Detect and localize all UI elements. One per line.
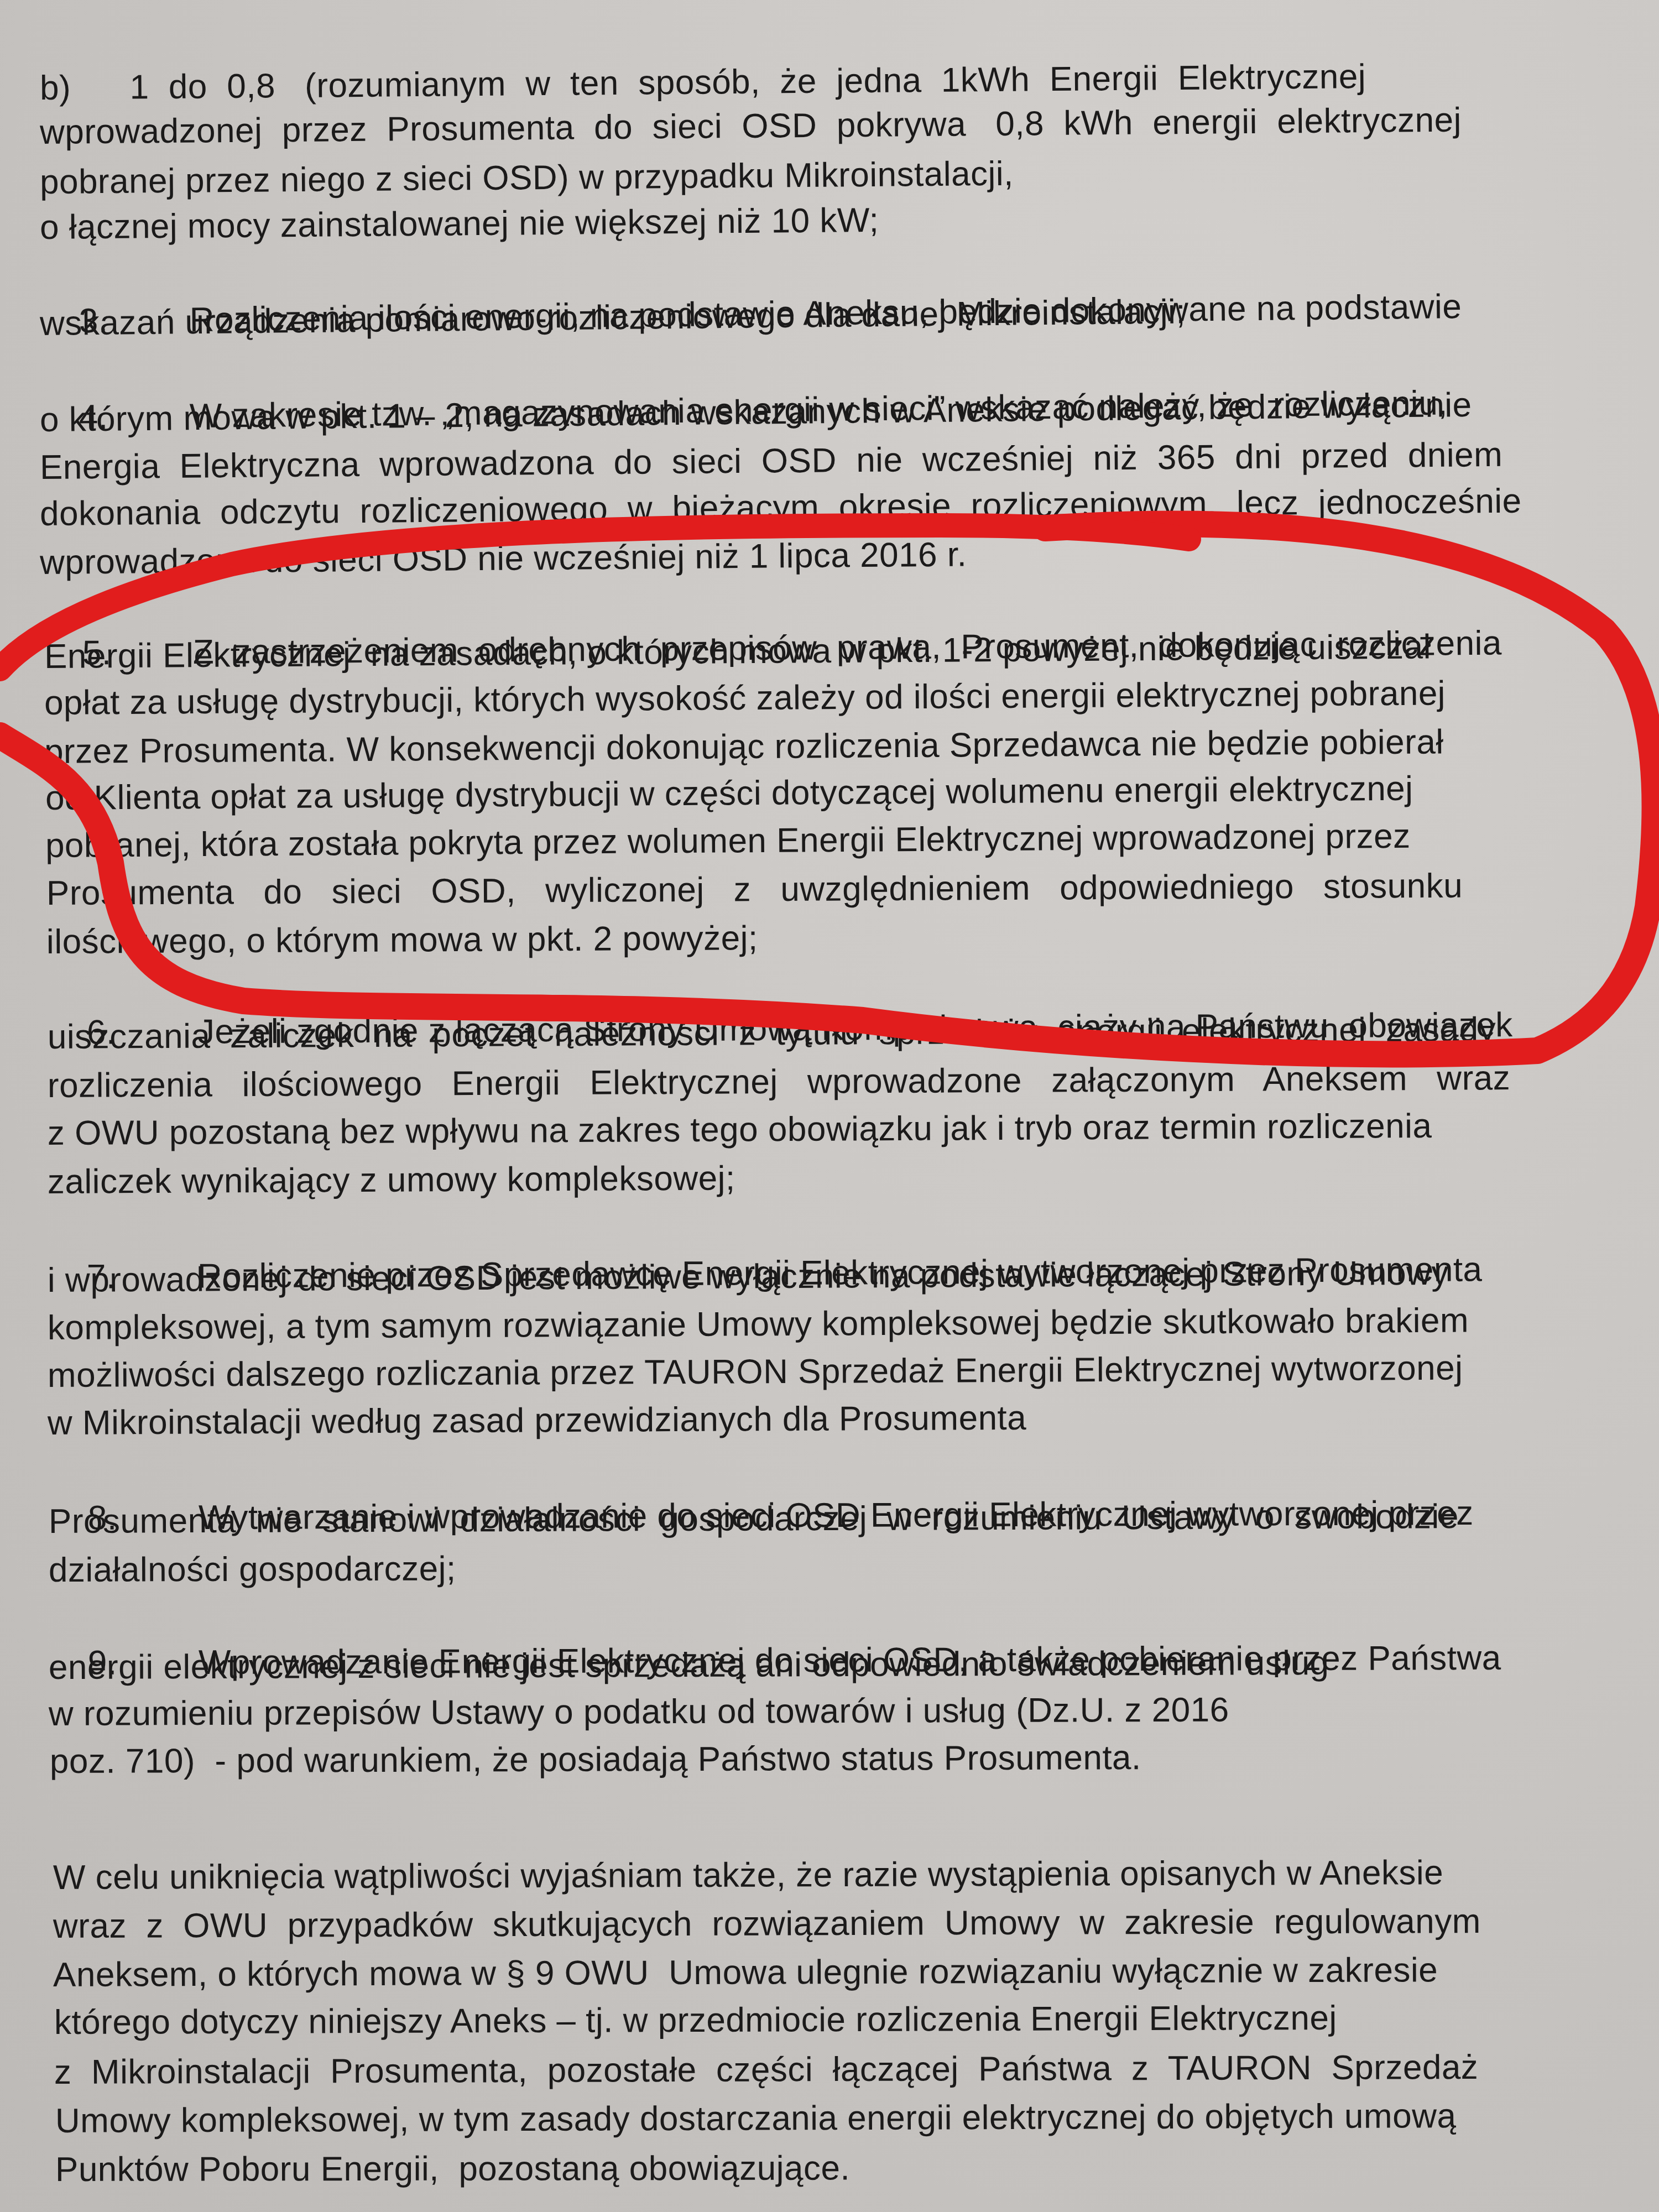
doc-line: opłat za usługę dystrybucji, których wys… — [44, 671, 1446, 726]
doc-line: z OWU pozostaną bez wpływu na zakres teg… — [48, 1104, 1432, 1156]
doc-line: przez Prosumenta. W konsekwencji dokonuj… — [44, 720, 1444, 774]
doc-line: zaliczek wynikający z umowy kompleksowej… — [48, 1156, 735, 1204]
doc-line: działalności gospodarczej; — [49, 1547, 456, 1593]
doc-line: pobranej, która została pokryta przez wo… — [45, 815, 1411, 868]
closing-line: którego dotyczy niniejszy Aneks – tj. w … — [54, 1996, 1337, 2045]
document-page: b) 1 do 0,8 (rozumianym w ten sposób, że… — [0, 0, 1659, 2212]
doc-line: rozliczenia ilościowego Energii Elektryc… — [48, 1056, 1511, 1108]
doc-line: energii elektrycznej z sieci nie jest sp… — [49, 1641, 1329, 1690]
doc-line: kompleksowej, a tym samym rozwiązanie Um… — [48, 1299, 1469, 1350]
closing-line: W celu uniknięcia wątpliwości wyjaśniam … — [53, 1851, 1444, 1900]
doc-line: wprowadzona do sieci OSD nie wcześniej n… — [40, 533, 967, 585]
doc-line: możliwości dalszego rozliczania przez TA… — [48, 1347, 1463, 1398]
doc-line: od Klienta opłat za usługę dystrybucji w… — [45, 767, 1413, 821]
doc-line: uiszczania zaliczek na poczet należności… — [48, 1008, 1496, 1060]
closing-line: Aneksem, o których mowa w § 9 OWU Umowa … — [53, 1948, 1438, 1997]
closing-line: wraz z OWU przypadków skutkujących rozwi… — [53, 1900, 1481, 1949]
doc-line: pobranej przez niego z sieci OSD) w przy… — [40, 152, 1014, 205]
closing-line: Umowy kompleksowej, w tym zasady dostarc… — [55, 2094, 1457, 2143]
doc-line: poz. 710) - pod warunkiem, że posiadają … — [50, 1736, 1141, 1784]
doc-line: o łącznej mocy zainstalowanej nie większ… — [40, 199, 879, 250]
doc-line: Prosumenta do sieci OSD, wyliczonej z uw… — [46, 864, 1463, 916]
doc-line: ilościowego, o którym mowa w pkt. 2 powy… — [46, 916, 758, 964]
closing-line: z Mikroinstalacji Prosumenta, pozostałe … — [54, 2046, 1479, 2095]
doc-line: i wprowadzonej do sieci OSD jest możliwe… — [48, 1251, 1449, 1303]
closing-line: Punktów Poboru Energii, pozostaną obowią… — [55, 2146, 850, 2192]
doc-line: w Mikroinstalacji według zasad przewidzi… — [48, 1396, 1027, 1446]
doc-line: Prosumenta nie stanowi działalności gosp… — [49, 1495, 1459, 1544]
doc-line: w rozumieniu przepisów Ustawy o podatku … — [49, 1688, 1229, 1736]
